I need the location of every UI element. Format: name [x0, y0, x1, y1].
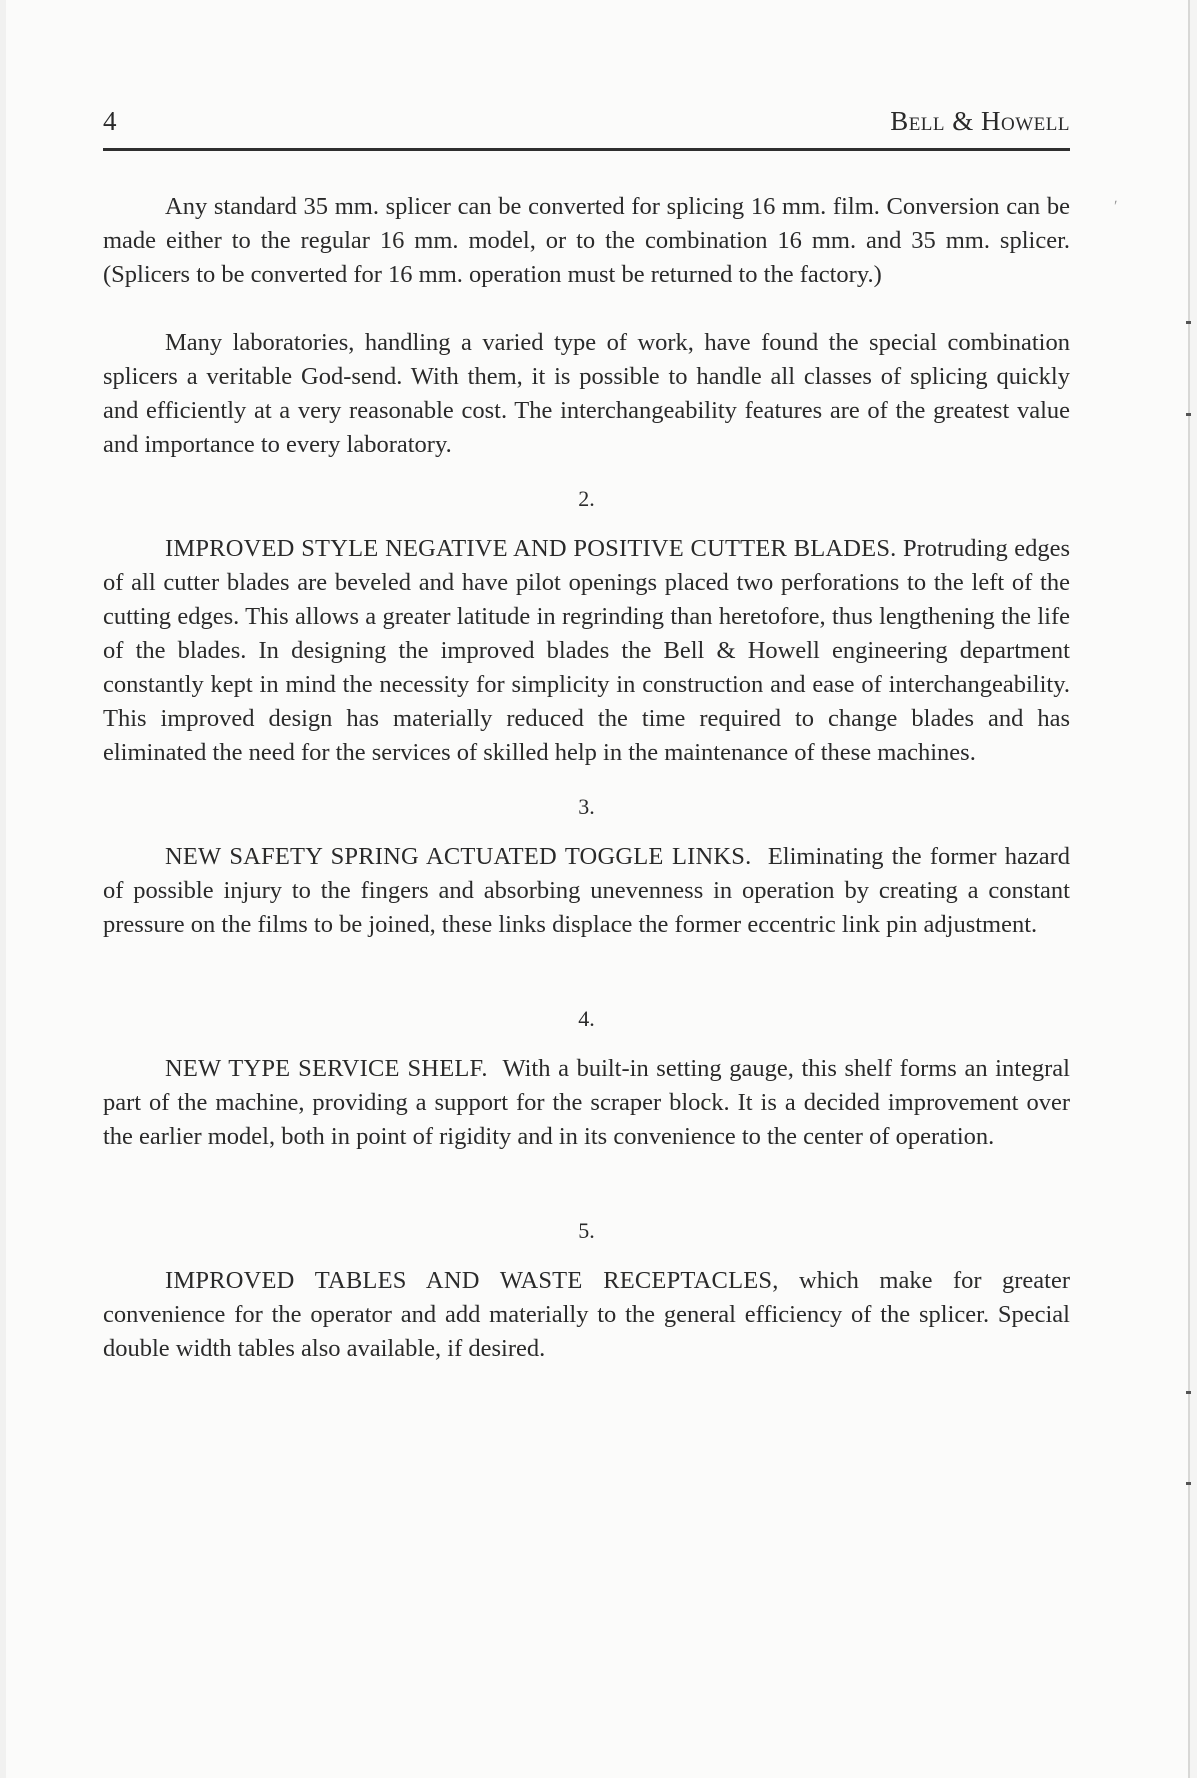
- edge-mark: [1186, 321, 1191, 324]
- edge-mark: [1186, 1391, 1191, 1394]
- section-number-2: 2.: [103, 484, 1070, 514]
- section-3-paragraph: NEW SAFETY SPRING ACTUATED TOGGLE LINKS.…: [103, 840, 1070, 942]
- paragraph-combination-splicers: Many laboratories, handling a varied typ…: [103, 326, 1070, 462]
- section-3-heading: NEW SAFETY SPRING ACTUATED TOGGLE LINKS.: [165, 843, 751, 870]
- edge-mark: [1186, 413, 1191, 416]
- paragraph-conversion: Any standard 35 mm. splicer can be conve…: [103, 190, 1070, 292]
- section-5-paragraph: IMPROVED TABLES AND WASTE RECEPTACLES, w…: [103, 1264, 1070, 1366]
- edge-mark: [1186, 1482, 1191, 1485]
- page-header: 4 Bell & Howell: [103, 104, 1070, 138]
- section-number-5: 5.: [103, 1216, 1070, 1246]
- header-rule: [103, 148, 1070, 151]
- section-2-paragraph: IMPROVED STYLE NEGATIVE AND POSITIVE CUT…: [103, 532, 1070, 770]
- section-number-3: 3.: [103, 792, 1070, 822]
- page-number: 4: [103, 104, 117, 138]
- scan-left-shadow: [0, 0, 6, 1778]
- section-2-text: Protruding edges of all cutter blades ar…: [103, 535, 1070, 766]
- scan-speck: ʹ: [1114, 198, 1118, 216]
- running-title: Bell & Howell: [890, 104, 1070, 138]
- section-2-heading: IMPROVED STYLE NEGATIVE AND POSITIVE CUT…: [165, 535, 897, 562]
- section-4-paragraph: NEW TYPE SERVICE SHELF. With a built-in …: [103, 1052, 1070, 1154]
- section-4-heading: NEW TYPE SERVICE SHELF.: [165, 1055, 488, 1082]
- page-edge-line: [1188, 0, 1190, 1778]
- section-5-heading: IMPROVED TABLES AND WASTE RECEPTACLES,: [165, 1267, 779, 1294]
- scan-right-margin: [1190, 0, 1197, 1778]
- page-body: Any standard 35 mm. splicer can be conve…: [103, 190, 1070, 1366]
- section-number-4: 4.: [103, 1004, 1070, 1034]
